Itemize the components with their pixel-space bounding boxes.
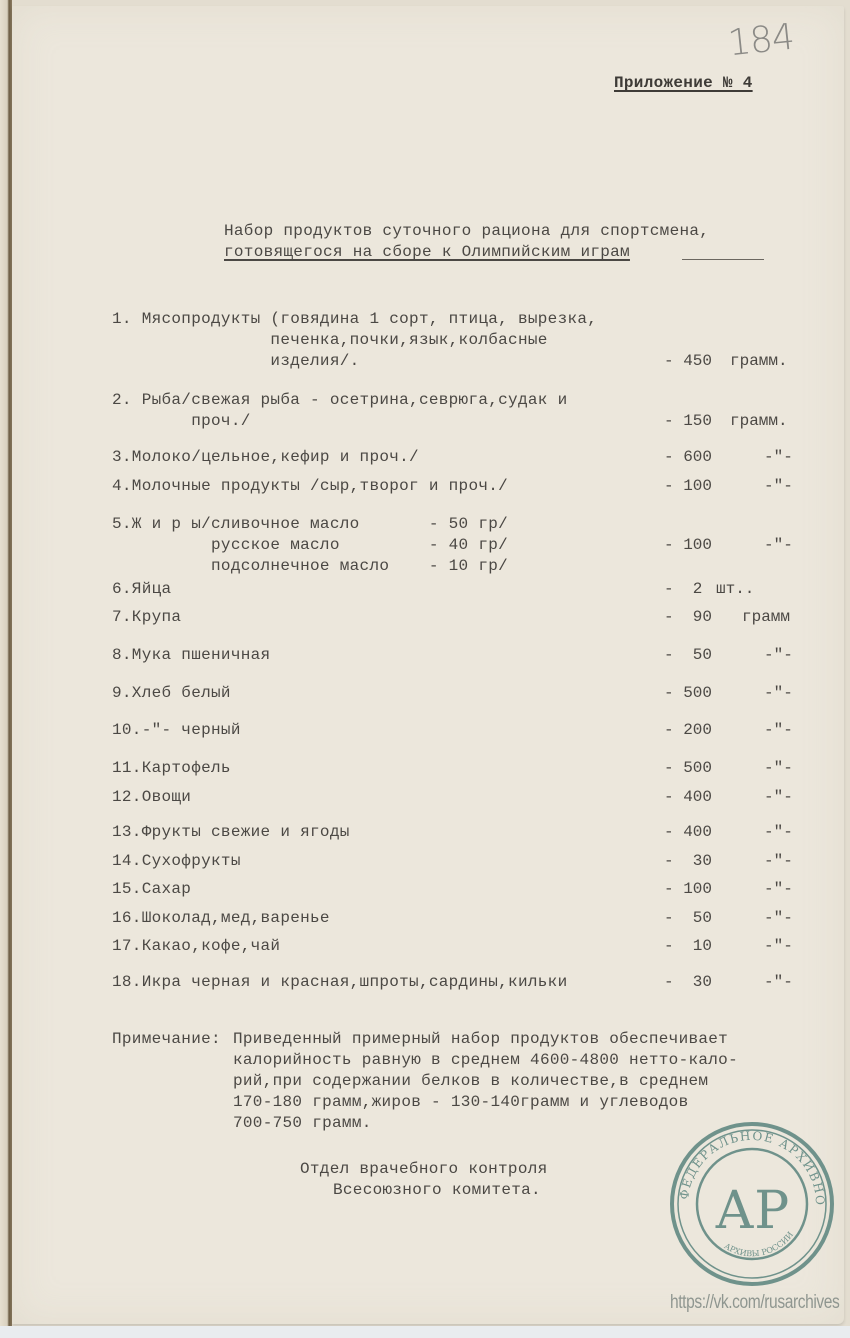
item-unit: -"- [764, 852, 793, 870]
item-unit: -"- [764, 759, 793, 777]
item-text-line: 3.Молоко/цельное,кефир и проч./ [112, 448, 419, 466]
item-quantity: - 100 [664, 477, 712, 495]
note-line: калорийность равную в среднем 4600-4800 … [233, 1051, 738, 1069]
title-underline-extension [682, 259, 764, 260]
item-text-line: 8.Мука пшеничная [112, 646, 270, 664]
signature-line2: Всесоюзного комитета. [333, 1181, 541, 1199]
item-unit: -"- [764, 973, 793, 991]
archive-seal-icon: ФЕДЕРАЛЬНОЕ АРХИВНОЕ АГЕНТСТВО АРХИВЫ РО… [668, 1120, 836, 1288]
item-text-line: подсолнечное масло - 10 гр/ [112, 557, 508, 575]
handwritten-page-number: 184 [726, 17, 796, 65]
item-unit: -"- [764, 448, 793, 466]
item-quantity: - 400 [664, 823, 712, 841]
page-binding-edge [0, 0, 12, 1338]
item-text-line: 1. Мясопродукты (говядина 1 сорт, птица,… [112, 310, 597, 328]
item-quantity: - 450 [664, 352, 712, 370]
document-title-line2: готовящегося на сборе к Олимпийским игра… [224, 243, 630, 261]
item-quantity: - 90 [664, 608, 712, 626]
note-line: 170-180 грамм,жиров - 130-140грамм и угл… [233, 1093, 688, 1111]
item-quantity: - 600 [664, 448, 712, 466]
item-text-line: 5.Ж и р ы/сливочное масло - 50 гр/ [112, 515, 508, 533]
background-strip [0, 1326, 850, 1338]
item-unit: грамм. [730, 412, 788, 430]
item-text-line: 2. Рыба/свежая рыба - осетрина,севрюга,с… [112, 391, 567, 409]
item-unit: -"- [764, 684, 793, 702]
item-quantity: - 500 [664, 759, 712, 777]
item-unit: -"- [764, 646, 793, 664]
item-text-line: проч./ [112, 412, 251, 430]
item-text-line: 18.Икра черная и красная,шпроты,сардины,… [112, 973, 567, 991]
item-quantity: - 50 [664, 646, 712, 664]
item-unit: -"- [764, 909, 793, 927]
item-text-line: 16.Шоколад,мед,варенье [112, 909, 330, 927]
item-quantity: - 100 [664, 880, 712, 898]
appendix-label: Приложение № 4 [614, 74, 753, 92]
item-quantity: - 500 [664, 684, 712, 702]
item-text-line: 6.Яйца [112, 580, 171, 598]
item-quantity: - 200 [664, 721, 712, 739]
item-unit: -"- [764, 721, 793, 739]
item-text-line: 14.Сухофрукты [112, 852, 241, 870]
document-title-line1: Набор продуктов суточного рациона для сп… [224, 222, 709, 240]
item-text-line: 17.Какао,кофе,чай [112, 937, 280, 955]
item-unit: -"- [764, 823, 793, 841]
item-quantity: - 400 [664, 788, 712, 806]
item-unit: -"- [764, 477, 793, 495]
item-text-line: 12.Овощи [112, 788, 191, 806]
item-text-line: изделия/. [112, 352, 360, 370]
item-text-line: печенка,почки,язык,колбасные [112, 331, 548, 349]
item-unit: -"- [764, 880, 793, 898]
note-line: 700-750 грамм. [233, 1114, 372, 1132]
note-line: рий,при содержании белков в количестве,в… [233, 1072, 708, 1090]
signature-line1: Отдел врачебного контроля [300, 1160, 548, 1178]
item-quantity: - 30 [664, 973, 712, 991]
item-text-line: 9.Хлеб белый [112, 684, 231, 702]
item-text-line: 11.Картофель [112, 759, 231, 777]
item-text-line: 13.Фрукты свежие и ягоды [112, 823, 350, 841]
item-quantity: - 10 [664, 937, 712, 955]
watermark-url: https://vk.com/rusarchives [670, 1292, 839, 1314]
note-label: Примечание: [112, 1030, 221, 1048]
archive-stamp: ФЕДЕРАЛЬНОЕ АРХИВНОЕ АГЕНТСТВО АРХИВЫ РО… [668, 1120, 836, 1288]
note-line: Приведенный примерный набор продуктов об… [233, 1030, 728, 1048]
item-unit: -"- [764, 937, 793, 955]
item-text-line: 15.Сахар [112, 880, 191, 898]
item-unit: -"- [764, 788, 793, 806]
item-text-line: русское масло - 40 гр/ [112, 536, 508, 554]
item-quantity: - 100 [664, 536, 712, 554]
item-quantity: - 30 [664, 852, 712, 870]
item-unit: -"- [764, 536, 793, 554]
item-text-line: 10.-"- черный [112, 721, 241, 739]
item-quantity: - 2 [664, 580, 702, 598]
item-unit: шт.. [716, 580, 754, 598]
item-unit: грамм. [730, 352, 788, 370]
item-text-line: 4.Молочные продукты /сыр,творог и проч./ [112, 477, 508, 495]
svg-text:АР: АР [715, 1181, 789, 1241]
item-quantity: - 150 [664, 412, 712, 430]
item-text-line: 7.Крупа [112, 608, 181, 626]
item-unit: грамм [742, 608, 790, 626]
item-quantity: - 50 [664, 909, 712, 927]
